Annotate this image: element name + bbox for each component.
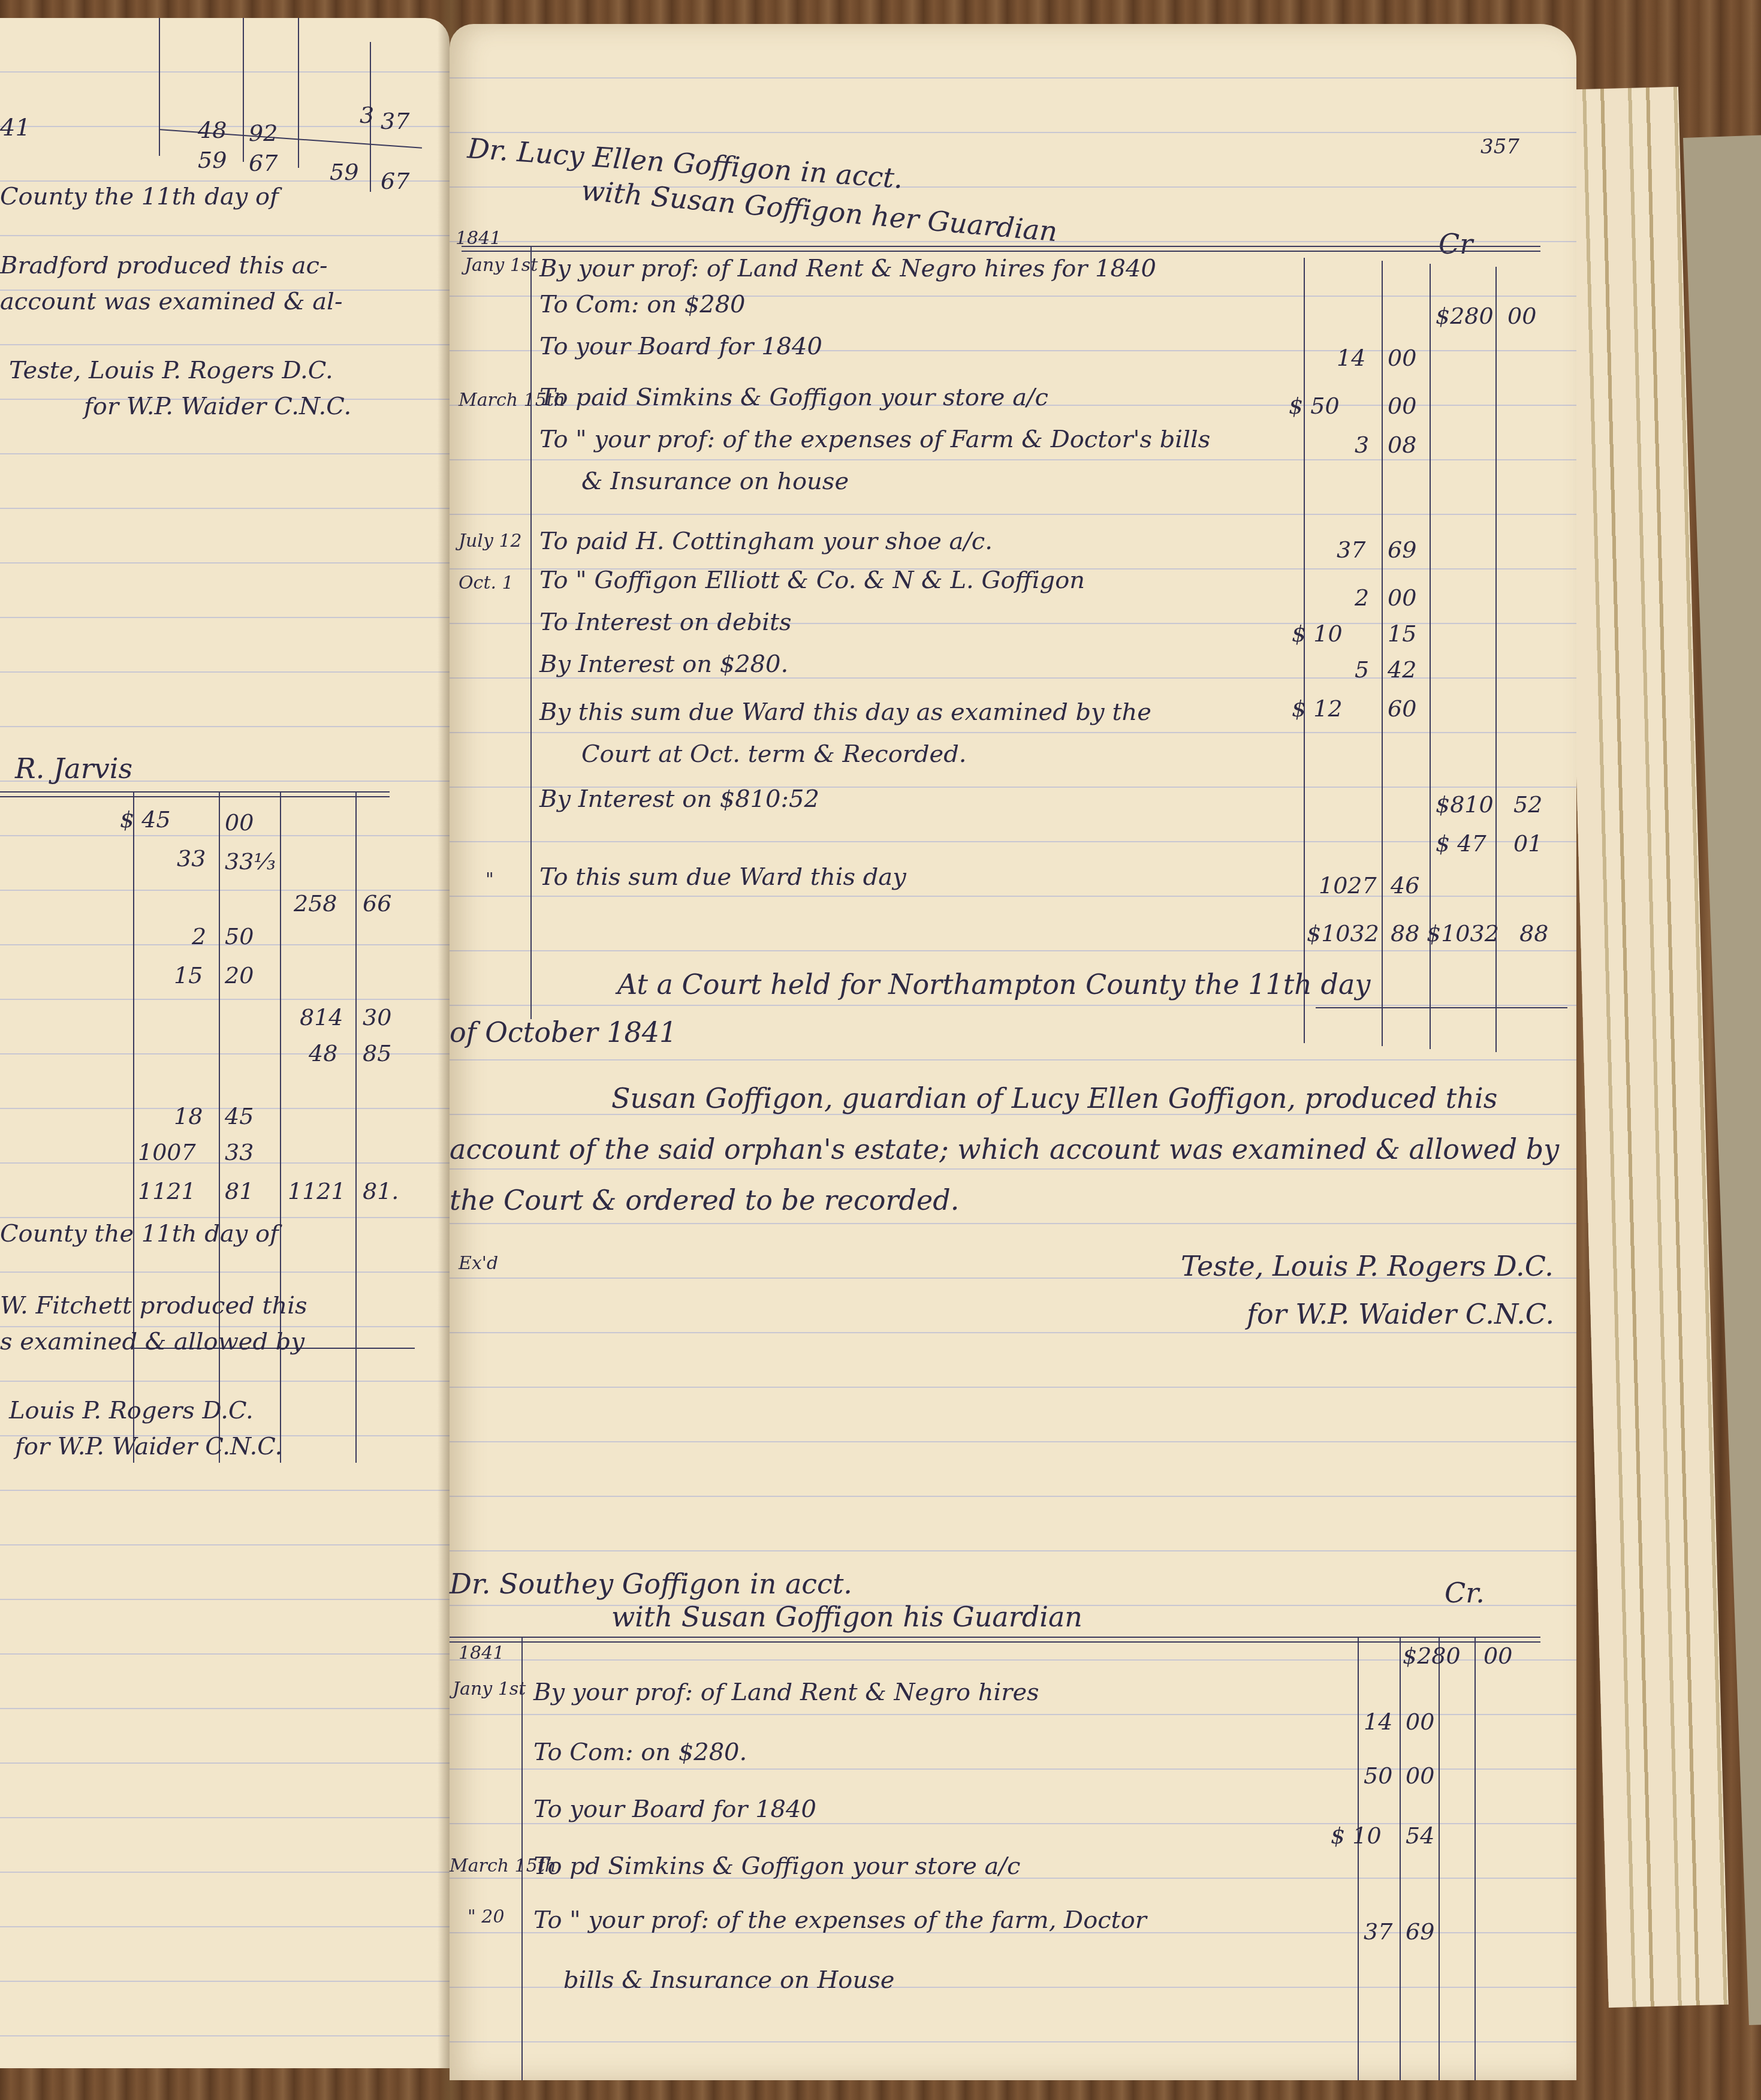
total-cr: $1032 xyxy=(1427,920,1499,947)
dr-amount: 1027 xyxy=(1319,872,1377,899)
amount: 3 xyxy=(360,102,374,128)
entry-text: To Interest on debits xyxy=(539,608,792,636)
right-page: 357 Dr. Lucy Ellen Goffigon in acct. wit… xyxy=(450,24,1576,2080)
amount: 258 xyxy=(294,890,337,917)
amount: 66 xyxy=(363,890,391,917)
entry-date: Oct. 1 xyxy=(459,573,514,593)
entry-text: To pd Simkins & Goffigon your store a/c xyxy=(533,1852,1020,1880)
column-rule xyxy=(1474,1637,1476,2080)
left-page: 41 3 37 48 92 59 67 59 67 County the 11t… xyxy=(0,18,450,2068)
court-record-line: account of the said orphan's estate; whi… xyxy=(450,1133,1559,1165)
entry-date: Jany 1st xyxy=(465,255,538,276)
total: 1121 xyxy=(138,1178,196,1204)
account-header: R. Jarvis xyxy=(15,752,132,785)
total: 59 xyxy=(198,147,227,173)
total-dr-cents: 88 xyxy=(1391,920,1419,947)
court-text: County the 11th day of xyxy=(0,183,279,210)
dr-amount: 5 xyxy=(1355,656,1369,683)
amount: 92 xyxy=(249,120,278,146)
signature-teste: Teste, Louis P. Rogers D.C. xyxy=(9,357,333,384)
dr-cents: 69 xyxy=(1406,1918,1434,1945)
page-number: 357 xyxy=(1480,135,1519,159)
dr-cents: 00 xyxy=(1388,584,1416,611)
dr-amount: 14 xyxy=(1364,1709,1392,1735)
dr-amount: $ 10 xyxy=(1292,620,1343,647)
amount: 20 xyxy=(225,962,254,989)
dr-amount: 2 xyxy=(1355,584,1369,611)
amount: $ 45 xyxy=(120,806,171,833)
column-rule xyxy=(298,18,299,168)
dr-cents: 46 xyxy=(1391,872,1419,899)
column-rule xyxy=(1400,1637,1401,2080)
column-rule xyxy=(1304,258,1305,1043)
cr-cents: 01 xyxy=(1513,830,1542,857)
column-rule xyxy=(243,18,244,162)
dr-cents: 00 xyxy=(1406,1709,1434,1735)
cr-cents: 52 xyxy=(1513,791,1542,818)
dr-amount: 37 xyxy=(1337,537,1365,563)
amount: 18 xyxy=(174,1103,203,1129)
dr-cents: 54 xyxy=(1406,1822,1434,1849)
dr-cents: 60 xyxy=(1388,695,1416,722)
entry-text: To " your prof: of the expenses of the f… xyxy=(533,1906,1147,1934)
entry-text: To Com: on $280 xyxy=(539,291,746,318)
account-header: Dr. Southey Goffigon in acct. xyxy=(450,1568,852,1600)
amount: 2 xyxy=(192,923,206,950)
entry-text: By your prof: of Land Rent & Negro hires… xyxy=(539,255,1156,282)
dr-cents: 00 xyxy=(1388,393,1416,419)
column-rule xyxy=(1382,261,1383,1046)
entry-text: To your Board for 1840 xyxy=(533,1795,816,1823)
total-dr: $1032 xyxy=(1307,920,1379,947)
court-text: W. Fitchett produced this xyxy=(0,1292,307,1319)
column-rule xyxy=(1358,1637,1359,2080)
dr-amount: 3 xyxy=(1355,432,1369,458)
total: 67 xyxy=(381,168,409,194)
entry-text: By Interest on $810:52 xyxy=(539,785,819,813)
fragment-text: 41 xyxy=(0,114,31,141)
amount: 33 xyxy=(225,1139,254,1165)
cr-cents: 00 xyxy=(1507,303,1536,329)
signature-teste: Teste, Louis P. Rogers D.C. xyxy=(1181,1250,1554,1282)
dr-cents: 42 xyxy=(1388,656,1416,683)
entry-text: To paid H. Cottingham your shoe a/c. xyxy=(539,528,993,555)
entry-date: July 12 xyxy=(459,531,522,552)
amount: 15 xyxy=(174,962,203,989)
dr-amount: $ 50 xyxy=(1289,393,1340,419)
column-rule xyxy=(219,791,220,1463)
cr-label: Cr. xyxy=(1445,1577,1485,1609)
entry-text: By this sum due Ward this day as examine… xyxy=(539,698,1151,726)
amount: 00 xyxy=(225,809,254,836)
total: 81 xyxy=(225,1178,254,1204)
court-record-line: At a Court held for Northampton County t… xyxy=(617,968,1370,1001)
date-column-rule xyxy=(530,246,532,1019)
dr-amount: 14 xyxy=(1337,345,1365,371)
signature-for: for W.P. Waider C.N.C. xyxy=(15,1433,282,1460)
amount: 48 xyxy=(198,117,227,143)
amount: 33 xyxy=(177,845,206,872)
court-text: County the 11th day of xyxy=(0,1220,279,1248)
amount: 37 xyxy=(381,108,409,134)
entry-date: Jany 1st xyxy=(453,1679,526,1700)
entry-date: " 20 xyxy=(468,1906,505,1927)
cr-amount: $ 47 xyxy=(1436,830,1486,857)
amount: 1007 xyxy=(138,1139,196,1165)
column-rule xyxy=(1439,1637,1440,2080)
dr-amount: 37 xyxy=(1364,1918,1392,1945)
column-rule xyxy=(280,791,281,1463)
cr-label: Cr xyxy=(1439,228,1473,260)
entry-text: To " Goffigon Elliott & Co. & N & L. Gof… xyxy=(539,567,1085,594)
total: 1121 xyxy=(288,1178,346,1204)
court-record-line: Susan Goffigon, guardian of Lucy Ellen G… xyxy=(611,1082,1497,1114)
amount: 45 xyxy=(225,1103,254,1129)
header-rule xyxy=(450,1637,1540,1643)
entry-text: bills & Insurance on House xyxy=(563,1966,894,1994)
entry-text: Court at Oct. term & Recorded. xyxy=(581,740,967,768)
amount: 48 xyxy=(309,1040,337,1066)
court-text: Bradford produced this ac- xyxy=(0,252,328,279)
signature-for: for W.P. Waider C.N.C. xyxy=(84,393,351,420)
dr-cents: 69 xyxy=(1388,537,1416,563)
amount: 30 xyxy=(363,1004,391,1031)
cr-amount: $280 xyxy=(1436,303,1494,329)
total-cr-cents: 88 xyxy=(1519,920,1548,947)
dr-cents: 15 xyxy=(1388,620,1416,647)
amount: 814 xyxy=(300,1004,343,1031)
entry-text: To " your prof: of the expenses of Farm … xyxy=(539,426,1210,453)
court-record-line: of October 1841 xyxy=(450,1016,677,1049)
header-rule xyxy=(0,791,390,797)
entry-text: To your Board for 1840 xyxy=(539,333,822,360)
entry-text: To paid Simkins & Goffigon your store a/… xyxy=(539,384,1048,411)
cr-amount: $810 xyxy=(1436,791,1494,818)
dr-cents: 00 xyxy=(1406,1762,1434,1789)
header-rule xyxy=(462,246,1540,252)
column-rule xyxy=(355,791,357,1463)
dr-cents: 08 xyxy=(1388,432,1416,458)
total: 81. xyxy=(363,1178,399,1204)
dr-amount: 50 xyxy=(1364,1762,1392,1789)
entry-text: By Interest on $280. xyxy=(539,650,788,678)
amount: 33⅓ xyxy=(225,848,276,875)
court-record-line: the Court & ordered to be recorded. xyxy=(450,1184,959,1216)
year: 1841 xyxy=(456,228,501,249)
dr-cents: 00 xyxy=(1388,345,1416,371)
cr-amount: $280 xyxy=(1403,1643,1461,1669)
amount: 85 xyxy=(363,1040,391,1066)
account-header: with Susan Goffigon his Guardian xyxy=(611,1601,1082,1633)
signature-teste: Louis P. Rogers D.C. xyxy=(9,1397,254,1424)
entry-text: By your prof: of Land Rent & Negro hires xyxy=(533,1679,1039,1706)
amount: 50 xyxy=(225,923,254,950)
cr-cents: 00 xyxy=(1483,1643,1512,1669)
signature-for: for W.P. Waider C.N.C. xyxy=(1247,1298,1554,1330)
entry-text: & Insurance on house xyxy=(581,468,849,495)
entry-text: To Com: on $280. xyxy=(533,1739,747,1766)
column-rule xyxy=(159,18,160,156)
court-text: s examined & allowed by xyxy=(0,1328,304,1355)
dr-amount: $ 10 xyxy=(1331,1822,1382,1849)
total-rule xyxy=(1316,1007,1567,1008)
total: 67 xyxy=(249,150,278,176)
year: 1841 xyxy=(459,1643,504,1664)
dr-amount: $ 12 xyxy=(1292,695,1343,722)
column-rule xyxy=(133,791,134,1463)
court-text: account was examined & al- xyxy=(0,288,342,315)
entry-text: To this sum due Ward this day xyxy=(539,863,906,891)
examined-mark: Ex'd xyxy=(459,1253,498,1274)
total: 59 xyxy=(330,159,358,185)
entry-date: " xyxy=(486,869,494,890)
